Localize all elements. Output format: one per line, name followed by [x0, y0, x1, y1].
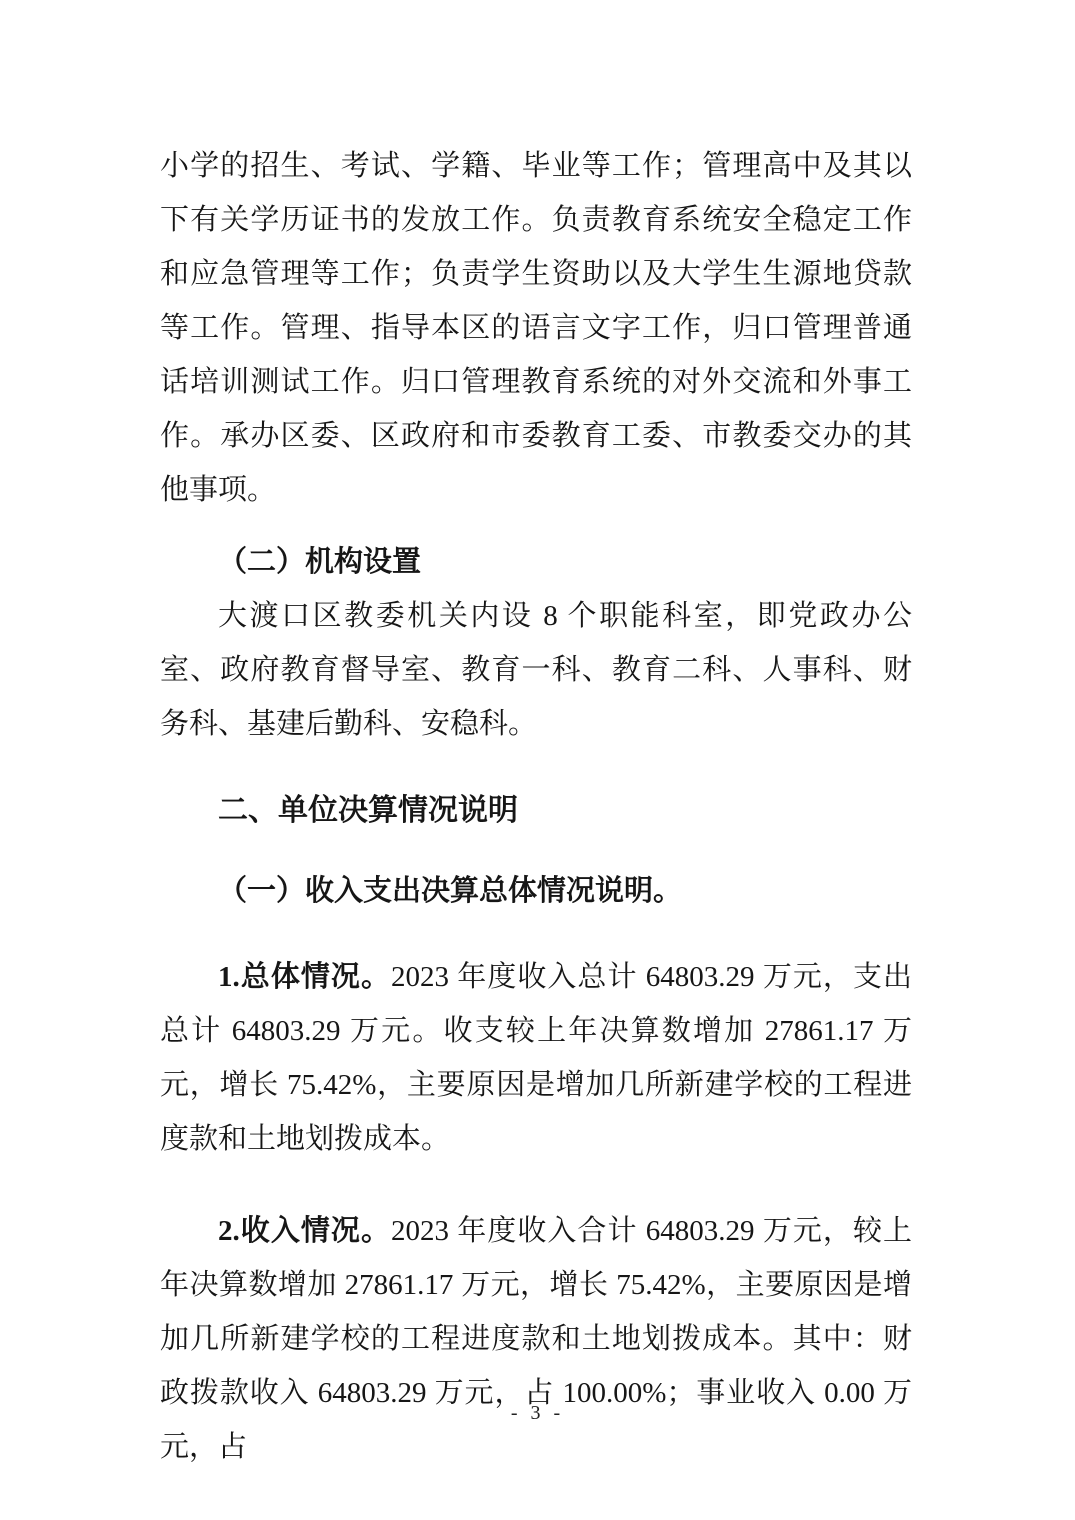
paragraph-overall-situation: 1.总体情况。2023 年度收入总计 64803.29 万元，支出总计 6480…: [160, 950, 912, 1166]
paragraph-duties-continued: 小学的招生、考试、学籍、毕业等工作；管理高中及其以下有关学历证书的发放工作。负责…: [160, 139, 912, 517]
subheading-organization-setup: （二）机构设置: [160, 535, 912, 589]
document-content: 小学的招生、考试、学籍、毕业等工作；管理高中及其以下有关学历证书的发放工作。负责…: [160, 139, 912, 1474]
paragraph-lead-overall: 1.总体情况。: [218, 961, 391, 993]
paragraph-lead-income: 2.收入情况。: [218, 1215, 391, 1247]
page-number: - 3 -: [0, 1400, 1075, 1426]
paragraph-organization-offices: 大渡口区教委机关内设 8 个职能科室，即党政办公室、政府教育督导室、教育一科、教…: [160, 589, 912, 751]
section-heading-final-accounts: 二、单位决算情况说明: [160, 784, 912, 838]
paragraph-income-situation: 2.收入情况。2023 年度收入合计 64803.29 万元，较上年决算数增加 …: [160, 1204, 912, 1474]
document-page: 小学的招生、考试、学籍、毕业等工作；管理高中及其以下有关学历证书的发放工作。负责…: [0, 0, 1075, 1520]
subheading-income-expenditure-overview: （一）收入支出决算总体情况说明。: [160, 864, 912, 918]
